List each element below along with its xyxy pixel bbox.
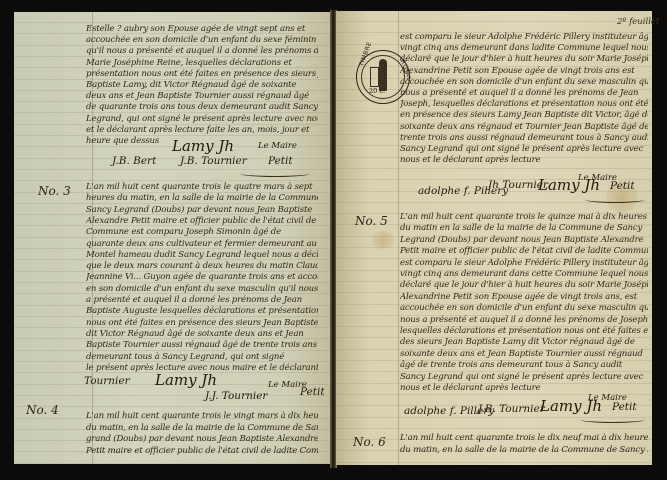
handwritten-line: de quarante trois ans tous deux demeuran…	[86, 102, 318, 113]
entry-number-4: No. 4	[26, 403, 59, 417]
handwritten-line: soixante deux ans et Jean Baptiste Tourn…	[400, 349, 648, 360]
handwritten-line: Legrand, qui ont signé le présent après …	[86, 114, 318, 125]
handwritten-line: Montel hameau dudit Sancy Legrand lequel…	[86, 250, 318, 261]
handwritten-line: demeurant tous à Sancy Legrand, qui ont …	[86, 352, 318, 363]
handwritten-line: Petit maire et officier public de l'état…	[86, 446, 318, 457]
handwritten-line: du matin en la salle de la mairie de la …	[400, 223, 648, 234]
handwritten-line: Sancy Legrand qui ont signé le présent a…	[400, 372, 648, 383]
handwritten-line: nous ont été faites en présence des sieu…	[86, 318, 318, 329]
handwritten-line: L'an mil huit cent quarante trois le vin…	[86, 411, 318, 422]
handwritten-line: qu'il nous a présenté et auquel il a don…	[86, 46, 318, 57]
handwritten-line: vingt cinq ans demeurant dans cette Comm…	[400, 269, 648, 280]
signature-lamy: Lamy Jh	[540, 397, 602, 415]
handwritten-line: Baptiste Auguste lesquelles déclarations…	[86, 306, 318, 317]
signature-lamy: Lamy Jh	[172, 137, 234, 155]
handwritten-line: trente trois ans aussi régnaud demeurant…	[400, 133, 648, 144]
handwritten-line: L'an mil huit cent quarante trois le dix…	[400, 433, 648, 444]
handwritten-line: que le deux mars courant à deux heures d…	[86, 261, 318, 272]
handwritten-line: nous a présenté et auquel il a donné les…	[400, 315, 648, 326]
handwritten-line: nous a présenté et auquel il a donné les…	[400, 88, 648, 99]
signature-petit: Petit	[300, 386, 325, 398]
entry-number-3: No. 3	[38, 184, 71, 198]
handwritten-line: Estelle ? aubry son Epouse agée de vingt…	[86, 24, 318, 35]
handwritten-line: Joseph, lesquelles déclarations et prése…	[400, 99, 648, 110]
signature-petit: Petit	[612, 401, 637, 413]
handwritten-line: accouchée en son domicile d'un enfant du…	[86, 35, 318, 46]
handwritten-line: du matin, en la salle de la mairie de la…	[400, 445, 648, 456]
handwritten-line: Commune est comparu Joseph Simonin âgé d…	[86, 227, 318, 238]
folio-note: 2º feuillet	[617, 17, 659, 27]
handwritten-line: déclaré que le jour d'hier à huit heures…	[400, 280, 648, 291]
handwritten-line: des sieurs Jean Baptiste Lamy dit Victor…	[400, 337, 648, 348]
signature-petit: Petit	[610, 180, 635, 192]
handwritten-line: Alexandrine Petit son Epouse agée de vin…	[400, 66, 648, 77]
signature-petit: Petit	[268, 155, 293, 167]
handwritten-line: du matin, en la salle de la mairie de la…	[86, 423, 318, 434]
handwritten-line: grand (Doubs) par devant nous Jean Bapti…	[86, 434, 318, 445]
handwritten-line: Sancy Legrand (Doubs) par devant nous Je…	[86, 205, 318, 216]
handwritten-line: heures du matin, en la salle de la mairi…	[86, 193, 318, 204]
maire-label: Le Maire	[258, 141, 297, 151]
handwritten-line: Jeannine Vi... Guyon agée de quarante tr…	[86, 272, 318, 283]
handwritten-line: Baptiste Tournier aussi régnaud âgé de t…	[86, 340, 318, 351]
handwritten-line: déclaré que le jour d'hier à huit heures…	[400, 54, 648, 65]
signature-lamy: Lamy Jh	[538, 176, 600, 194]
handwritten-line: quarante deux ans cultivateur et fermier…	[86, 239, 318, 250]
handwritten-line: vingt cinq ans demeurant dans ladite Com…	[400, 43, 648, 54]
signature-tournier: J.B. Tournier	[478, 403, 545, 415]
handwritten-line: Petit maire et officier public de l'état…	[400, 246, 648, 257]
handwritten-line: deux ans et Jean Baptiste Tournier aussi…	[86, 91, 318, 102]
handwritten-line: Alexandrine Petit son Epouse agée de vin…	[400, 292, 648, 303]
stamp-column-icon	[370, 67, 379, 87]
handwritten-line: lesquelles déclarations et présentation …	[400, 326, 648, 337]
handwritten-line: accouchée en son domicile d'un enfant du…	[400, 77, 648, 88]
handwritten-line: Baptiste Lamy, dit Victor Régnaud âgé de…	[86, 80, 318, 91]
entry-number-6: No. 6	[353, 435, 386, 449]
handwritten-line: L'an mil huit cent quarante trois le qui…	[400, 212, 648, 223]
signature-bert: J.B. Bert	[112, 155, 156, 167]
signature-tournier: J.B. Tournier	[180, 155, 247, 167]
handwritten-line: Sancy Legrand qui ont signé le présent a…	[400, 144, 648, 155]
handwritten-line: âgé de trente trois ans demeurant tous à…	[400, 360, 648, 371]
handwritten-line: soixante deux ans régnaud et Tournier Je…	[400, 122, 648, 133]
handwritten-line: L'an mil huit cent quarante trois le qua…	[86, 182, 318, 193]
handwritten-line: accouchée en son domicile d'un enfant du…	[400, 303, 648, 314]
stamp-value: 20 c.	[369, 87, 385, 95]
handwritten-line: Alexandre Petit maire et officier public…	[86, 216, 318, 227]
handwritten-line: Legrand (Doubs) par devant nous Jean Bap…	[400, 235, 648, 246]
handwritten-line: nous et le déclarant après lecture	[400, 155, 648, 166]
handwritten-line: est comparu le sieur Adolphe Frédéric Pi…	[400, 258, 648, 269]
signature-tournier: Tournier	[84, 375, 130, 387]
signature-tournier-2: J.J. Tournier	[205, 390, 267, 402]
handwritten-line: est comparu le sieur Adolphe Frédéric Pi…	[400, 32, 648, 43]
entry-number-5: No. 5	[355, 214, 388, 228]
handwritten-line: Marie Joséphine Reine, lesquelles déclar…	[86, 58, 318, 69]
handwritten-line: a présenté et auquel il a donné les prén…	[86, 295, 318, 306]
handwritten-line: en son domicile d'un enfant du sexe masc…	[86, 284, 318, 295]
handwritten-line: présentation nous ont été faites en prés…	[86, 69, 318, 80]
handwritten-line: dit Victor Régnaud âgé de soixante deux …	[86, 329, 318, 340]
handwritten-line: en présence des sieurs Lamy Jean Baptist…	[400, 110, 648, 121]
signature-lamy: Lamy Jh	[155, 371, 217, 389]
handwritten-line: et le déclarant après lecture faite les …	[86, 125, 318, 136]
